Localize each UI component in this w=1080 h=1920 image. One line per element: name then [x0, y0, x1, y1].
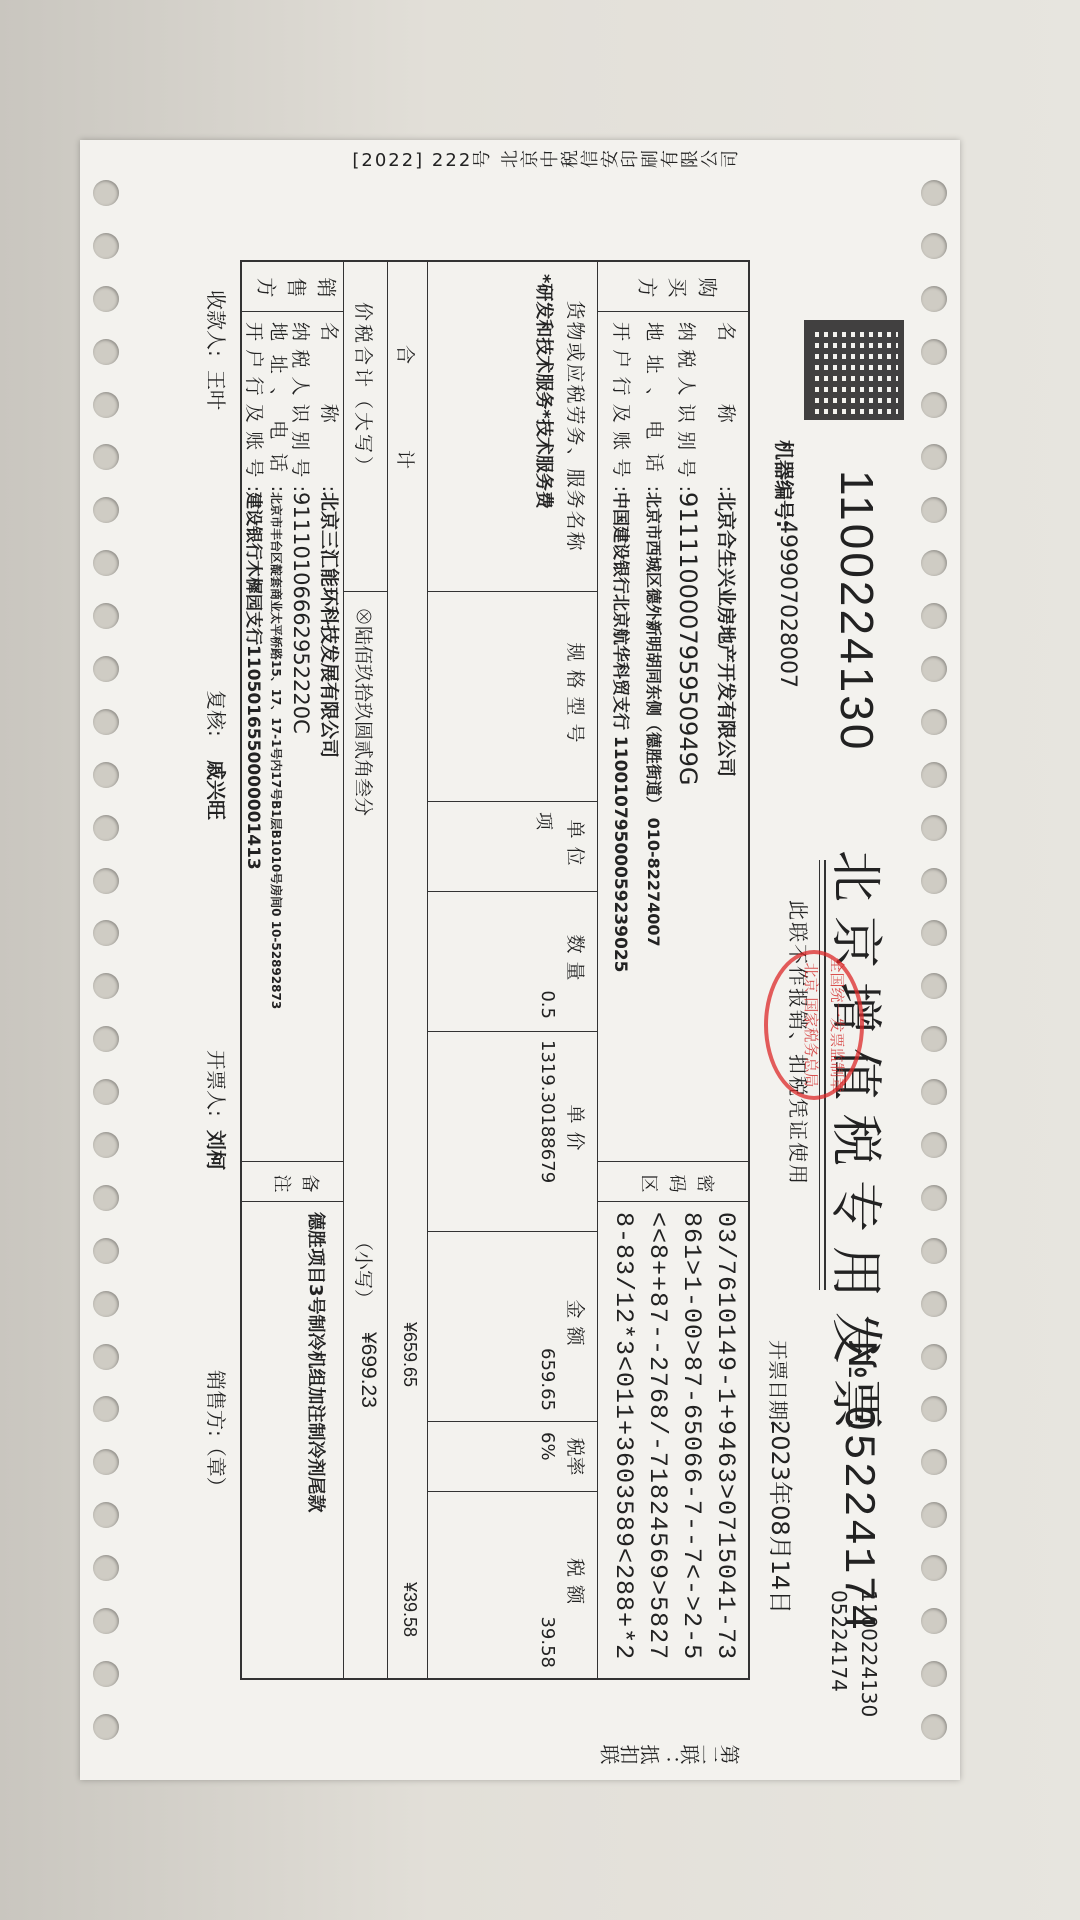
- payee: 王叶: [203, 370, 232, 410]
- issue-date-label: 开票日期:: [765, 1340, 794, 1427]
- grand-total-label: 价税合计（大写）: [344, 262, 388, 592]
- buyer-address: 北京市西城区德外新明胡同东侧（德胜街道） 010-82274007: [644, 492, 663, 947]
- buyer-name: 北京合生兴业房地产开发有限公司: [715, 492, 737, 777]
- seller-name-label: 名称:: [318, 322, 340, 492]
- side-codes: 1100224130 05224174: [824, 1590, 884, 1717]
- drawer: 刘柯: [203, 1130, 232, 1170]
- buyer-row: 购买方 名称:北京合生兴业房地产开发有限公司 纳税人识别号:9111100007…: [597, 262, 748, 1678]
- items-area: 货物或应税劳务、服务名称 *研发和技术服务*技术服务费 规格型号 单位 项 数量…: [427, 262, 598, 1678]
- buyer-tax-id: 911110000795950949G: [674, 492, 702, 785]
- buyer-name-label: 名称:: [710, 322, 742, 492]
- seller-address-label: 地址、电话:: [267, 322, 289, 492]
- seller-name: 北京三汇能环科技发展有限公司: [318, 492, 340, 758]
- col-unit: 单位 项: [428, 802, 598, 892]
- col-qty: 数量 0.5: [428, 892, 598, 1032]
- invoice-number-label: №: [840, 1340, 884, 1380]
- grand-total-words: ⊗陆佰玖拾玖圆贰角叁分: [351, 607, 378, 816]
- item-name: *研发和技术服务*技术服务费: [532, 274, 558, 509]
- item-rate: 6%: [537, 1432, 558, 1461]
- drawer-label: 开票人:: [203, 1050, 232, 1117]
- remarks-label: 备注: [240, 1162, 344, 1202]
- total-row: 合 计 ¥659.65 ¥39.58: [387, 262, 428, 1678]
- item-tax: 39.58: [537, 1616, 558, 1668]
- seller-tax-id-label: 纳税人识别号:: [289, 322, 311, 492]
- tractor-holes-bottom: [86, 180, 126, 1740]
- buyer-info: 名称:北京合生兴业房地产开发有限公司 纳税人识别号:91111000079595…: [598, 312, 748, 1162]
- qr-code-icon: [804, 320, 904, 420]
- seller-seal-label: 销售方:（章）: [203, 1370, 232, 1497]
- col-amount: 金额 659.65: [428, 1232, 598, 1422]
- item-unit: 项: [532, 812, 558, 830]
- reviewer-label: 复核:: [203, 690, 232, 737]
- total-tax: ¥39.58: [399, 1582, 420, 1637]
- invoice-footer: 收款人: 王叶 复核: 戚兴旺 开票人: 刘柯 销售方:（章）: [192, 290, 232, 1630]
- cipher-section-label: 密码区: [598, 1162, 748, 1202]
- invoice-header: 1100224130 机器编号: 499907028007 北京增值税专用发票 …: [754, 260, 904, 1660]
- grand-total-row: 价税合计（大写） ⊗陆佰玖拾玖圆贰角叁分 （小写） ¥699.23: [343, 262, 388, 1678]
- buyer-address-label: 地址、电话:: [638, 322, 670, 492]
- item-qty: 0.5: [537, 990, 558, 1019]
- header-unit: 单位: [563, 802, 590, 891]
- cipher-area: 03/7610149-1+9463>0715041-73 861>1-00>87…: [598, 1202, 748, 1678]
- buyer-section-label: 购买方: [598, 262, 748, 312]
- grand-total-figure: ¥699.23: [356, 1332, 380, 1408]
- header-price: 单价: [563, 1032, 590, 1231]
- side-invoice-code: 1100224130: [854, 1590, 884, 1717]
- tax-bureau-seal: 全国统一发票监制章 北京 国家税务总局: [764, 950, 864, 1100]
- seller-section-label: 销售方: [240, 262, 344, 312]
- reviewer: 戚兴旺: [203, 760, 232, 820]
- header-qty: 数量: [563, 892, 590, 1031]
- buyer-tax-id-label: 纳税人识别号:: [670, 322, 702, 492]
- cipher-line: <<8++87--2768/-71824569>5827: [640, 1212, 674, 1668]
- seller-bank: 建设银行木樨园支行1105016550000001413: [243, 492, 263, 870]
- issue-date: 2023年08月14日: [765, 1420, 800, 1614]
- header-rate: 税率: [563, 1422, 590, 1491]
- copy-label: 第二联：抵扣联: [600, 1740, 740, 1766]
- cipher-line: 861>1-00>87-65066-7--7<->2-5: [674, 1212, 708, 1668]
- payee-label: 收款人:: [203, 290, 232, 357]
- seller-info: 名称:北京三汇能环科技发展有限公司 纳税人识别号:911101066629522…: [240, 312, 344, 1162]
- total-label: 合 计: [393, 262, 420, 592]
- invoice-code: 1100224130: [830, 470, 884, 752]
- machine-number-label: 机器编号:: [771, 440, 800, 528]
- header-amount: 金额: [563, 1232, 590, 1421]
- seller-address: 北京市丰台区靛套商业太平桥路15、17、17-1号内17号B1层B1010号房间…: [269, 492, 283, 1009]
- item-amount: 659.65: [537, 1348, 558, 1411]
- header-item-name: 货物或应税劳务、服务名称: [563, 262, 590, 591]
- buyer-bank-label: 开户行及账号:: [605, 322, 637, 492]
- seller-bank-label: 开户行及账号:: [243, 322, 265, 492]
- col-name: 货物或应税劳务、服务名称 *研发和技术服务*技术服务费: [428, 262, 598, 592]
- header-tax: 税额: [563, 1492, 590, 1678]
- col-price: 单价 1319.30188679: [428, 1032, 598, 1232]
- side-invoice-number: 05224174: [824, 1590, 854, 1717]
- col-tax: 税额 39.58: [428, 1492, 598, 1678]
- invoice-sheet: 1100224130 机器编号: 499907028007 北京增值税专用发票 …: [80, 140, 960, 1780]
- cipher-line: 8-83/12*3<011+3603589<288+*2: [606, 1212, 640, 1668]
- col-rate: 税率 6%: [428, 1422, 598, 1492]
- seller-tax-id: 91110106662952220C: [289, 492, 313, 734]
- buyer-bank: 中国建设银行北京航华科贸支行 11001079500059239025: [610, 492, 630, 973]
- invoice-table: 购买方 名称:北京合生兴业房地产开发有限公司 纳税人识别号:9111100007…: [240, 260, 750, 1680]
- remarks-text: 德胜项目3号制冷机组加注制冷剂尾款: [240, 1202, 344, 1678]
- printer-margin-note: [2022] 222号 北京中税信安印刷有限公司: [352, 148, 740, 174]
- grand-total-small-label: （小写）: [351, 1232, 378, 1308]
- cipher-line: 03/7610149-1+9463>0715041-73: [708, 1212, 742, 1668]
- machine-number: 499907028007: [775, 520, 800, 688]
- seller-row: 销售方 名称:北京三汇能环科技发展有限公司 纳税人识别号:91110106662…: [240, 262, 344, 1678]
- col-spec: 规格型号: [428, 592, 598, 802]
- item-price: 1319.30188679: [537, 1040, 558, 1183]
- header-spec: 规格型号: [563, 592, 590, 801]
- tractor-holes-top: [914, 180, 954, 1740]
- total-amount: ¥659.65: [399, 1322, 420, 1387]
